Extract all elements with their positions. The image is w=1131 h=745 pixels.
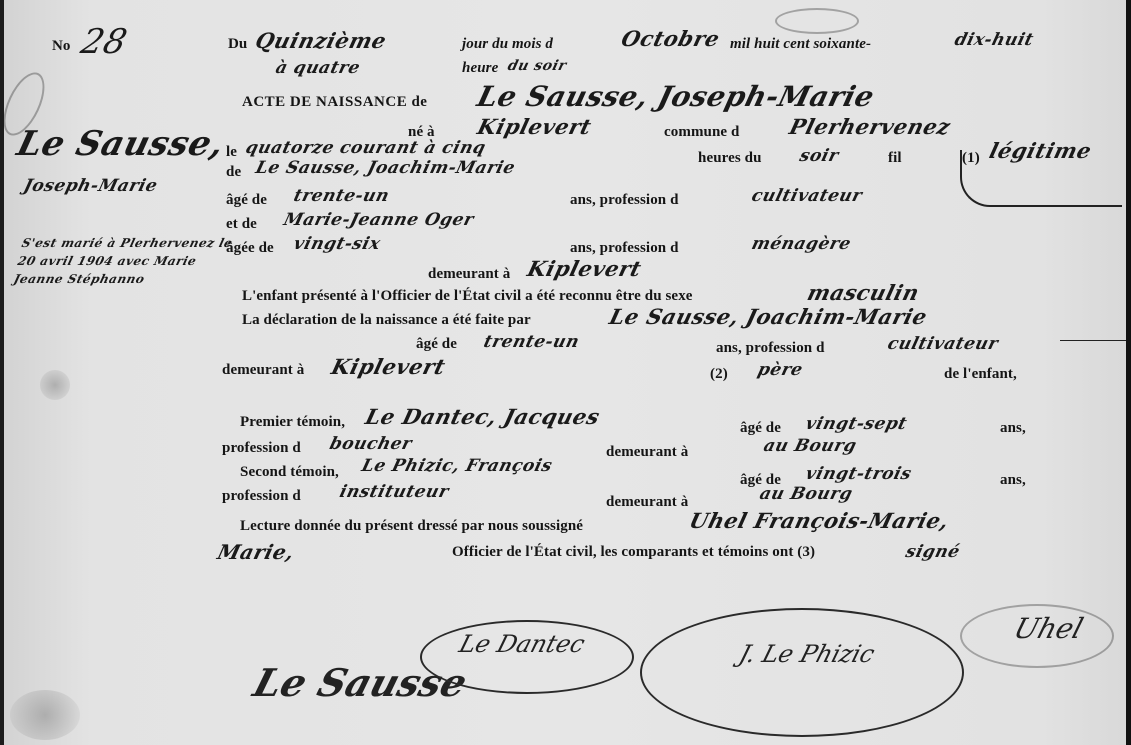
- signature-witness2-flourish: [640, 608, 964, 737]
- fils-label: fil: [888, 150, 902, 167]
- first-witness-age-label: âgé de: [740, 420, 781, 437]
- declarant-age: trente-un: [482, 332, 582, 352]
- jour-label: jour du mois d: [462, 36, 553, 53]
- child-name: Le Sausse, Joseph-Marie: [474, 80, 878, 113]
- declarant-residence-label: demeurant à: [222, 362, 304, 379]
- declarant-age-label: âgé de: [416, 336, 457, 353]
- de-lenfant-label: de l'enfant,: [944, 366, 1017, 383]
- le-label: le: [226, 144, 237, 161]
- signature-witness2: J. Le Phizic: [736, 640, 878, 668]
- declaration-label: La déclaration de la naissance a été fai…: [242, 312, 531, 329]
- first-witness-name: Le Dantec, Jacques: [363, 404, 603, 429]
- time-of-day: soir: [798, 146, 841, 166]
- first-witness-residence-label: demeurant à: [606, 444, 688, 461]
- relation-value: père: [756, 360, 805, 380]
- entry-number: 28: [77, 22, 131, 62]
- month-value: Octobre: [619, 26, 723, 51]
- heure-label: heure: [462, 60, 498, 77]
- note-2-marker: (2): [710, 366, 728, 383]
- correction-loop: [775, 8, 859, 34]
- birthplace: Kiplevert: [475, 114, 594, 139]
- father-name: Le Sausse, Joachim-Marie: [254, 158, 518, 178]
- act-title: ACTE DE NAISSANCE de: [242, 94, 427, 111]
- commune-value: Plerhervenez: [787, 114, 953, 139]
- sex-statement: L'enfant présenté à l'Officier de l'État…: [242, 288, 693, 305]
- mother-age: vingt-six: [292, 234, 383, 254]
- declarant-profession-label: ans, profession d: [716, 340, 825, 357]
- du-label: Du: [228, 36, 247, 53]
- first-witness-profession-label: profession d: [222, 440, 301, 457]
- et-de-label: et de: [226, 216, 257, 233]
- second-witness-profession: instituteur: [338, 482, 451, 502]
- mother-profession: ménagère: [750, 234, 854, 254]
- mother-profession-label: ans, profession d: [570, 240, 679, 257]
- paper-stain: [10, 690, 80, 740]
- declarant-profession: cultivateur: [886, 334, 1001, 354]
- hour-value: à quatre: [274, 58, 363, 78]
- year-label: mil huit cent soixante-: [730, 36, 871, 53]
- marriage-note-line-2: 20 avril 1904 avec Marie: [16, 254, 198, 268]
- second-witness-residence: au Bourg: [758, 484, 855, 504]
- rule-line: [1060, 340, 1126, 341]
- first-witness-label: Premier témoin,: [240, 414, 345, 431]
- demeurant-label: demeurant à: [428, 266, 510, 283]
- signed-value: signé: [904, 542, 963, 562]
- mother-age-label: âgée de: [226, 240, 274, 257]
- day-value: Quinzième: [253, 28, 389, 53]
- heures-label: heures du: [698, 150, 762, 167]
- second-witness-profession-label: profession d: [222, 488, 301, 505]
- scan-edge-right: [1126, 0, 1131, 745]
- second-witness-name: Le Phizic, François: [360, 456, 555, 476]
- lecture-statement: Lecture donnée du présent dressé par nou…: [240, 518, 583, 535]
- paper-stain: [40, 370, 70, 400]
- officer-name-cont: Marie,: [215, 540, 297, 564]
- margin-child-given-names: Joseph-Marie: [22, 176, 160, 196]
- heure-suffix: du soir: [506, 58, 568, 74]
- birth-date: quatorze courant à cinq: [244, 138, 488, 158]
- marriage-note-line-1: S'est marié à Plerhervenez le: [20, 236, 234, 250]
- first-witness-ans: ans,: [1000, 420, 1026, 437]
- signature-officer: Uhel: [1010, 612, 1087, 645]
- second-witness-label: Second témoin,: [240, 464, 339, 481]
- bracket-mark: [960, 150, 1122, 207]
- mother-name: Marie-Jeanne Oger: [282, 210, 476, 230]
- margin-child-surname: Le Sausse,: [13, 124, 228, 164]
- declarant-residence: Kiplevert: [329, 354, 448, 379]
- father-profession-label: ans, profession d: [570, 192, 679, 209]
- first-witness-residence: au Bourg: [762, 436, 859, 456]
- year-suffix: dix-huit: [953, 30, 1036, 50]
- declarant-name: Le Sausse, Joachim-Marie: [607, 304, 930, 329]
- officer-name: Uhel François-Marie,: [687, 508, 952, 533]
- de-label: de: [226, 164, 241, 181]
- officer-statement: Officier de l'État civil, les comparants…: [452, 544, 815, 561]
- father-profession: cultivateur: [750, 186, 865, 206]
- first-witness-profession: boucher: [328, 434, 415, 454]
- entry-number-label: No: [52, 38, 71, 55]
- second-witness-residence-label: demeurant à: [606, 494, 688, 511]
- residence: Kiplevert: [525, 256, 644, 281]
- second-witness-age: vingt-trois: [804, 464, 914, 484]
- document-page: No 28 Du Quinzième jour du mois d Octobr…: [0, 0, 1131, 745]
- father-age: trente-un: [292, 186, 392, 206]
- father-age-label: âgé de: [226, 192, 267, 209]
- signature-witness1: Le Dantec: [456, 630, 588, 658]
- second-witness-ans: ans,: [1000, 472, 1026, 489]
- commune-label: commune d: [664, 124, 739, 141]
- first-witness-age: vingt-sept: [804, 414, 910, 434]
- sex-value: masculin: [805, 280, 922, 305]
- marriage-note-line-3: Jeanne Stéphanno: [12, 272, 146, 286]
